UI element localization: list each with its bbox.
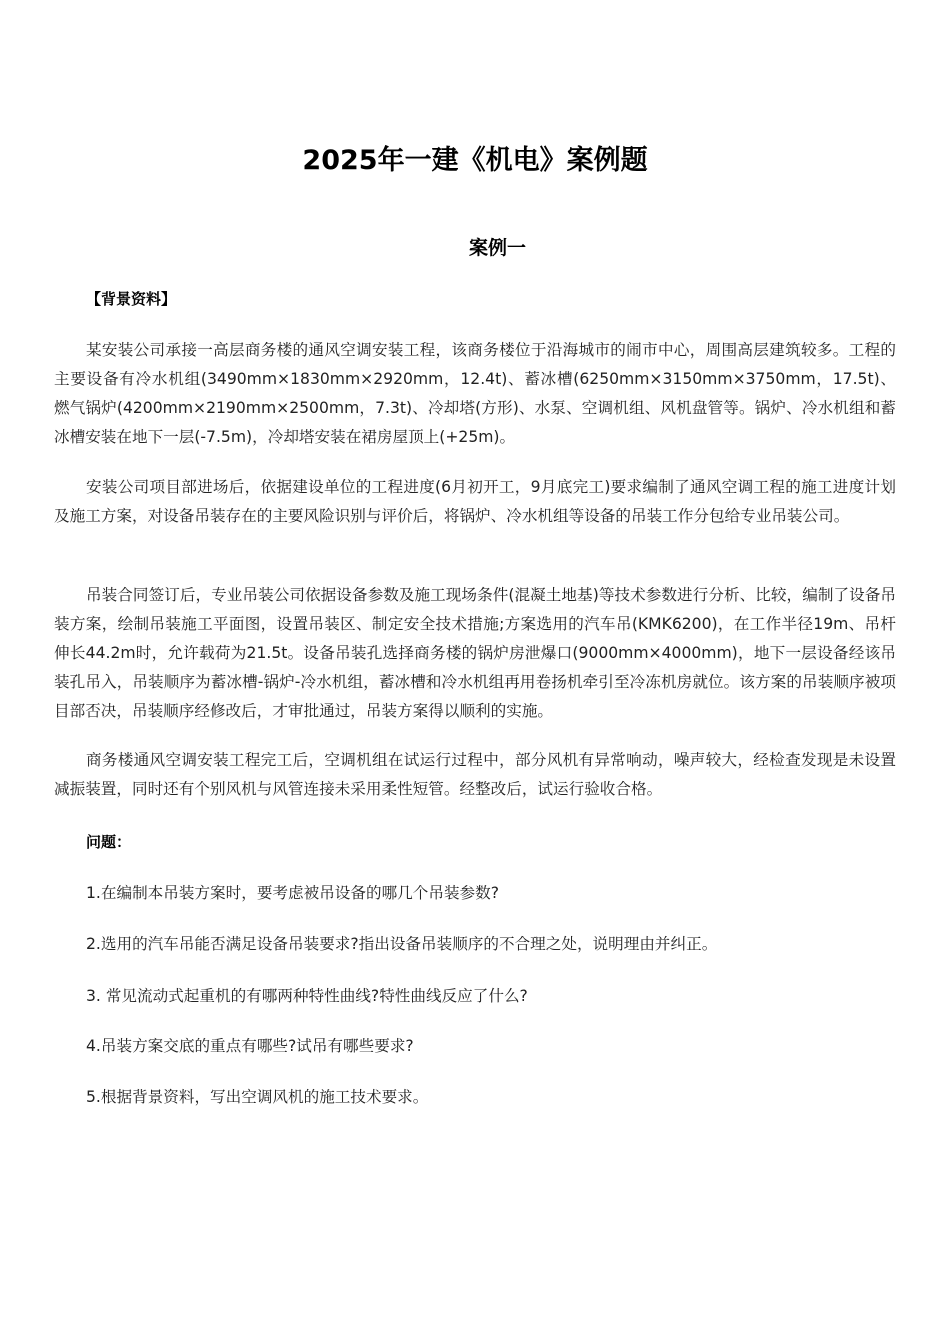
document-title: 2025年一建《机电》案例题 (0, 138, 950, 177)
background-paragraph-1: 某安装公司承接一高层商务楼的通风空调安装工程，该商务楼位于沿海城市的闹市中心，周… (54, 336, 896, 452)
document-page: 2025年一建《机电》案例题 案例一 【背景资料】 某安装公司承接一高层商务楼的… (0, 0, 950, 1344)
question-1: 1.在编制本吊装方案时，要考虑被吊设备的哪几个吊装参数? (86, 881, 499, 903)
case-title: 案例一 (0, 233, 950, 260)
question-4: 4.吊装方案交底的重点有哪些?试吊有哪些要求? (86, 1034, 414, 1056)
background-paragraph-4: 商务楼通风空调安装工程完工后，空调机组在试运行过程中，部分风机有异常响动，噪声较… (54, 746, 896, 804)
question-5: 5.根据背景资料，写出空调风机的施工技术要求。 (86, 1085, 428, 1107)
question-2: 2.选用的汽车吊能否满足设备吊装要求?指出设备吊装顺序的不合理之处，说明理由并纠… (86, 932, 717, 954)
questions-label: 问题： (86, 831, 131, 852)
background-paragraph-3: 吊装合同签订后，专业吊装公司依据设备参数及施工现场条件(混凝土地基)等技术参数进… (54, 581, 896, 726)
background-label: 【背景资料】 (86, 288, 176, 309)
question-3: 3. 常见流动式起重机的有哪两种特性曲线?特性曲线反应了什么? (86, 984, 528, 1006)
background-paragraph-2: 安装公司项目部进场后，依据建设单位的工程进度(6月初开工，9月底完工)要求编制了… (54, 473, 896, 531)
